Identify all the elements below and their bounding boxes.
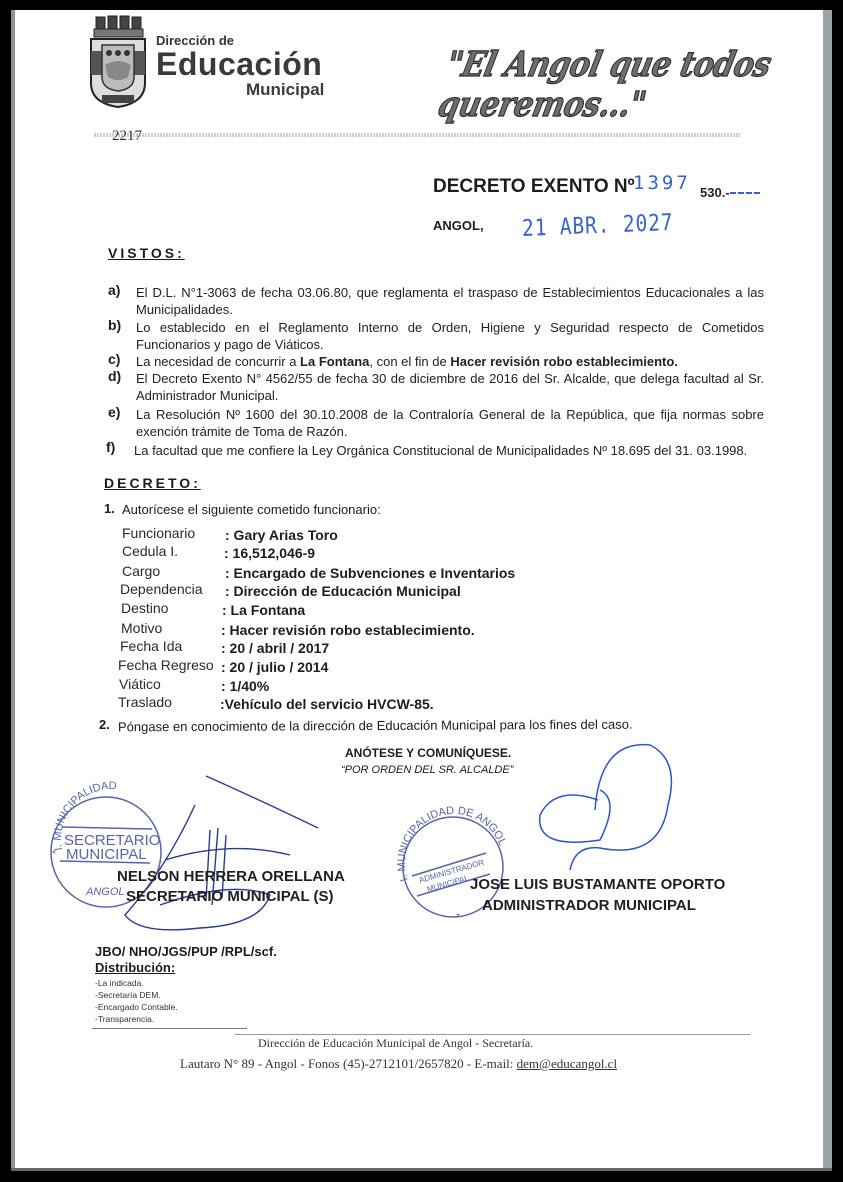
svg-text:MUNICIPAL: MUNICIPAL (66, 846, 147, 863)
signatory-2-name: JOSE LUIS BUSTAMANTE OPORTO (470, 876, 725, 893)
svg-text:ANGOL: ANGOL (85, 886, 125, 898)
footer-rule (235, 1034, 750, 1035)
secretario-signature-icon (125, 776, 318, 930)
footer-line-2: Lautaro N° 89 - Angol - Fonos (45)-27121… (180, 1056, 617, 1072)
footer-line-1: Dirección de Educación Municipal de Ango… (258, 1036, 533, 1051)
footer-email-link[interactable]: dem@educangol.cl (517, 1056, 617, 1071)
distribution-item: -La indicada. (95, 978, 144, 988)
distribution-item: -Encargado Contable. (95, 1002, 178, 1012)
svg-text:*: * (456, 912, 460, 923)
initials-line: JBO/ NHO/JGS/PUP /RPL/scf. (95, 944, 277, 959)
distribution-heading: Distribución: (95, 960, 175, 975)
signatory-1-role: SECRETARIO MUNICIPAL (S) (126, 888, 334, 905)
distribution-item: -Transparencia. (95, 1014, 154, 1024)
footer-rule (92, 1028, 247, 1029)
svg-text:*: * (52, 849, 56, 860)
signatory-2-role: ADMINISTRADOR MUNICIPAL (482, 897, 696, 914)
distribution-item: -Secretaría DEM. (95, 990, 161, 1000)
signatory-1-name: NELSON HERRERA ORELLANA (117, 868, 345, 885)
footer-address: Lautaro N° 89 - Angol - Fonos (45)-27121… (180, 1056, 517, 1071)
administrador-signature-icon (540, 745, 672, 870)
